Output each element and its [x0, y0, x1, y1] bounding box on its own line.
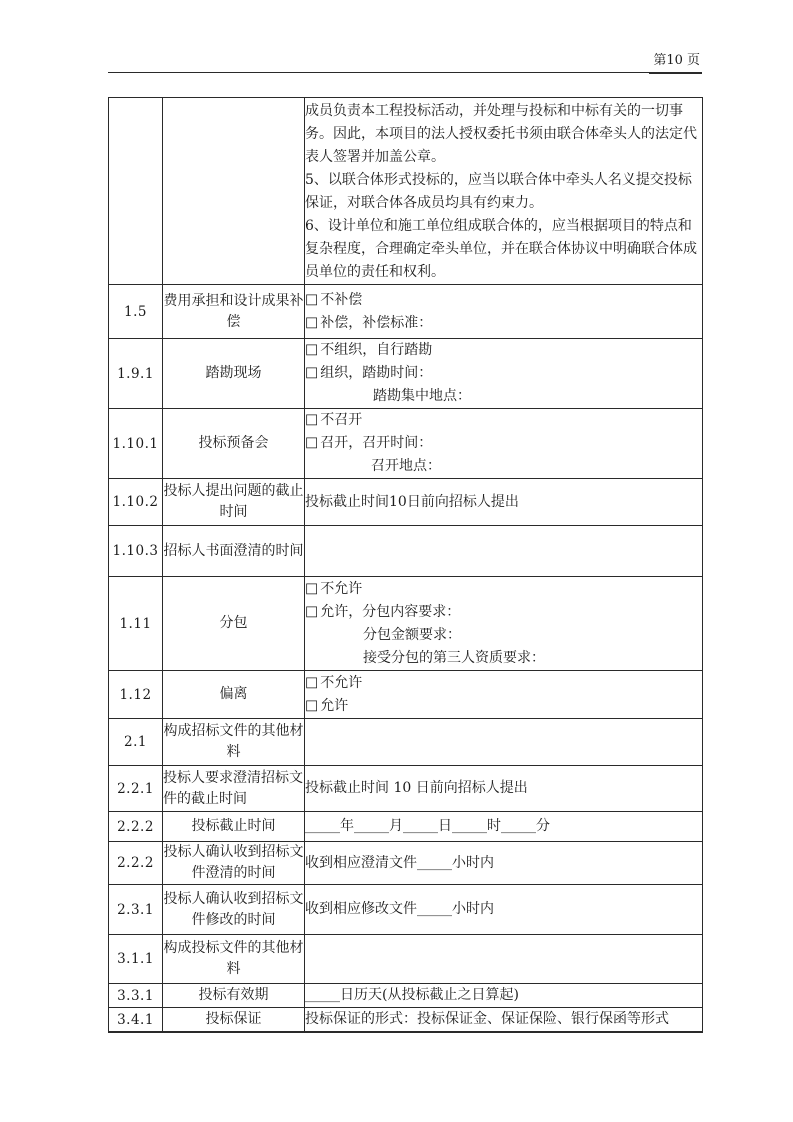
- row-number: 2.2.2: [109, 812, 163, 842]
- content-line: 表人签署并加盖公章。: [305, 146, 702, 169]
- row-content: □不召开□召开，召开时间：召开地点：: [305, 409, 703, 479]
- table-row: 1.9.1踏勘现场□不组织，自行踏勘□组织，踏勘时间：踏勘集中地点：: [109, 339, 703, 409]
- row-number: 1.10.3: [109, 526, 163, 577]
- row-content: 投标截止时间 10 日前向招标人提出: [305, 766, 703, 812]
- content-line: 收到相应澄清文件_____小时内: [305, 852, 702, 875]
- row-content: □不补偿□补偿，补偿标准：: [305, 285, 703, 339]
- content-line: 6、设计单位和施工单位组成联合体的，应当根据项目的特点和: [305, 215, 702, 238]
- checkbox-icon: □: [305, 288, 318, 311]
- content-line: □允许，分包内容要求：: [305, 601, 702, 624]
- content-line: 投标截止时间 10 日前向招标人提出: [305, 777, 702, 800]
- row-label: 投标预备会: [163, 409, 305, 479]
- row-number: 1.12: [109, 671, 163, 719]
- row-label: 构成招标文件的其他材料: [163, 719, 305, 766]
- document-page: 第10 页 成员负责本工程投标活动，并处理与投标和中标有关的一切事务。因此，本项…: [0, 0, 793, 1122]
- row-content: [305, 719, 703, 766]
- row-content: □不允许□允许，分包内容要求：分包金额要求：接受分包的第三人资质要求：: [305, 577, 703, 671]
- row-label: 偏离: [163, 671, 305, 719]
- checkbox-icon: □: [305, 311, 318, 334]
- checkbox-icon: □: [305, 694, 318, 717]
- content-line: 保证，对联合体各成员均具有约束力。: [305, 192, 702, 215]
- content-line: □不组织，自行踏勘: [305, 339, 702, 362]
- checkbox-icon: □: [305, 577, 318, 600]
- table-row: 1.10.3招标人书面澄清的时间: [109, 526, 703, 577]
- content-line: 成员负责本工程投标活动，并处理与投标和中标有关的一切事: [305, 100, 702, 123]
- row-number: 3.3.1: [109, 984, 163, 1008]
- row-label: 投标人确认收到招标文件修改的时间: [163, 885, 305, 935]
- content-line: □召开，召开时间：: [305, 432, 702, 455]
- table-row: 1.12偏离□不允许□允许: [109, 671, 703, 719]
- row-label: 投标保证: [163, 1008, 305, 1033]
- row-label: 构成投标文件的其他材料: [163, 935, 305, 984]
- row-content: 收到相应澄清文件_____小时内: [305, 842, 703, 885]
- content-line: □不召开: [305, 409, 702, 432]
- content-line: □组织，踏勘时间：: [305, 362, 702, 385]
- row-label: 投标人确认收到招标文件澄清的时间: [163, 842, 305, 885]
- content-line: 务。因此，本项目的法人授权委托书须由联合体牵头人的法定代: [305, 123, 702, 146]
- table-row: 1.10.1投标预备会□不召开□召开，召开时间：召开地点：: [109, 409, 703, 479]
- content-line: □允许: [305, 695, 702, 718]
- row-number: 1.5: [109, 285, 163, 339]
- table-row: 3.1.1构成投标文件的其他材料: [109, 935, 703, 984]
- row-content: _____日历天(从投标截止之日算起): [305, 984, 703, 1008]
- row-content: 投标保证的形式：投标保证金、保证保险、银行保函等形式: [305, 1008, 703, 1033]
- table-row: 2.3.1投标人确认收到招标文件修改的时间收到相应修改文件_____小时内: [109, 885, 703, 935]
- row-number: 2.1: [109, 719, 163, 766]
- spec-table-body: 成员负责本工程投标活动，并处理与投标和中标有关的一切事务。因此，本项目的法人授权…: [109, 98, 703, 1033]
- row-number: 3.4.1: [109, 1008, 163, 1033]
- row-number: 3.1.1: [109, 935, 163, 984]
- row-number: 1.9.1: [109, 339, 163, 409]
- checkbox-icon: □: [305, 362, 318, 385]
- row-content: □不组织，自行踏勘□组织，踏勘时间：踏勘集中地点：: [305, 339, 703, 409]
- content-line: □补偿，补偿标准：: [305, 312, 702, 335]
- row-label: 投标截止时间: [163, 812, 305, 842]
- content-line: 踏勘集中地点：: [305, 385, 702, 408]
- row-number: 2.2.2: [109, 842, 163, 885]
- content-line: □不补偿: [305, 289, 702, 312]
- row-content: □不允许□允许: [305, 671, 703, 719]
- content-line: _____日历天(从投标截止之日算起): [305, 984, 702, 1007]
- spec-table: 成员负责本工程投标活动，并处理与投标和中标有关的一切事务。因此，本项目的法人授权…: [108, 97, 703, 1033]
- row-content: 成员负责本工程投标活动，并处理与投标和中标有关的一切事务。因此，本项目的法人授权…: [305, 98, 703, 285]
- table-row: 2.2.2投标人确认收到招标文件澄清的时间收到相应澄清文件_____小时内: [109, 842, 703, 885]
- row-label: [163, 98, 305, 285]
- content-line: □不允许: [305, 578, 702, 601]
- row-content: 投标截止时间10日前向招标人提出: [305, 479, 703, 526]
- content-line: 投标保证的形式：投标保证金、保证保险、银行保函等形式: [305, 1008, 702, 1031]
- content-line: _____年_____月_____日_____时_____分: [305, 815, 702, 838]
- table-row: 1.11分包□不允许□允许，分包内容要求：分包金额要求：接受分包的第三人资质要求…: [109, 577, 703, 671]
- content-line: 复杂程度，合理确定牵头单位，并在联合体协议中明确联合体成: [305, 238, 702, 261]
- checkbox-icon: □: [305, 409, 318, 432]
- content-line: 5、以联合体形式投标的，应当以联合体中牵头人名义提交投标: [305, 169, 702, 192]
- page-number: 第10 页: [649, 52, 702, 74]
- content-line: 召开地点：: [305, 455, 702, 478]
- row-content: 收到相应修改文件_____小时内: [305, 885, 703, 935]
- row-label: 投标人提出问题的截止时间: [163, 479, 305, 526]
- table-row: 2.2.1投标人要求澄清招标文件的截止时间投标截止时间 10 日前向招标人提出: [109, 766, 703, 812]
- checkbox-icon: □: [305, 432, 318, 455]
- checkbox-icon: □: [305, 339, 318, 362]
- row-label: 踏勘现场: [163, 339, 305, 409]
- row-label: 分包: [163, 577, 305, 671]
- content-line: 员单位的责任和权利。: [305, 261, 702, 284]
- checkbox-icon: □: [305, 600, 318, 623]
- row-content: _____年_____月_____日_____时_____分: [305, 812, 703, 842]
- table-row: 2.2.2投标截止时间_____年_____月_____日_____时_____…: [109, 812, 703, 842]
- row-number: 1.10.1: [109, 409, 163, 479]
- content-line: 投标截止时间10日前向招标人提出: [305, 491, 702, 514]
- table-row: 3.4.1投标保证投标保证的形式：投标保证金、保证保险、银行保函等形式: [109, 1008, 703, 1033]
- row-label: 投标有效期: [163, 984, 305, 1008]
- content-line: 收到相应修改文件_____小时内: [305, 898, 702, 921]
- content-line: 接受分包的第三人资质要求：: [305, 647, 702, 670]
- row-number: 2.3.1: [109, 885, 163, 935]
- table-row: 2.1构成招标文件的其他材料: [109, 719, 703, 766]
- row-number: 1.11: [109, 577, 163, 671]
- row-label: 费用承担和设计成果补偿: [163, 285, 305, 339]
- checkbox-icon: □: [305, 671, 318, 694]
- row-number: 1.10.2: [109, 479, 163, 526]
- table-row: 1.10.2投标人提出问题的截止时间投标截止时间10日前向招标人提出: [109, 479, 703, 526]
- content-line: 分包金额要求：: [305, 624, 702, 647]
- row-content: [305, 526, 703, 577]
- content-line: □不允许: [305, 672, 702, 695]
- row-label: 投标人要求澄清招标文件的截止时间: [163, 766, 305, 812]
- row-number: [109, 98, 163, 285]
- table-row: 1.5费用承担和设计成果补偿□不补偿□补偿，补偿标准：: [109, 285, 703, 339]
- row-number: 2.2.1: [109, 766, 163, 812]
- row-label: 招标人书面澄清的时间: [163, 526, 305, 577]
- row-content: [305, 935, 703, 984]
- header-rule: [108, 72, 702, 73]
- table-row: 成员负责本工程投标活动，并处理与投标和中标有关的一切事务。因此，本项目的法人授权…: [109, 98, 703, 285]
- table-row: 3.3.1投标有效期_____日历天(从投标截止之日算起): [109, 984, 703, 1008]
